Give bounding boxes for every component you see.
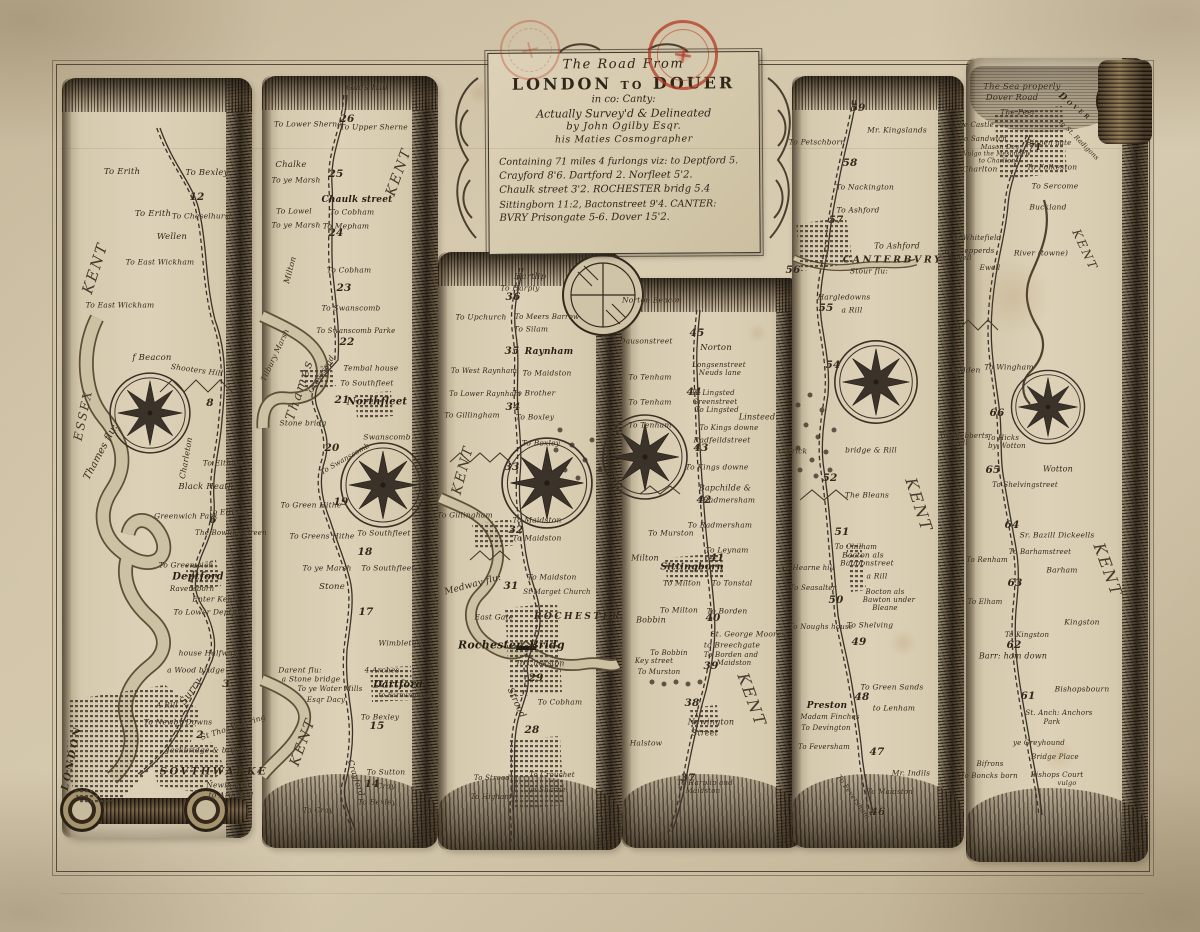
strip-top-roll xyxy=(792,76,964,110)
route-strip-5 xyxy=(792,76,964,848)
strip-rolled-edge xyxy=(226,78,252,838)
route-strip-2 xyxy=(262,76,438,848)
stamp-crest-icon xyxy=(674,46,692,64)
strip-rolled-edge xyxy=(596,252,622,850)
strip-rolled-edge xyxy=(1122,58,1148,862)
strip-top-roll xyxy=(62,78,252,112)
strip-left-edge xyxy=(966,58,975,862)
strip-top-roll xyxy=(262,76,438,110)
route-strip-6 xyxy=(966,58,1148,862)
cartouche-line: by John Ogilby Esqr. xyxy=(566,121,681,135)
cartouche-line: in co: Canty: xyxy=(592,94,656,107)
cartouche-text: The Road FromLONDON to DOUERin co: Canty… xyxy=(494,56,753,250)
cartouche-line: Crayford 8'6. Dartford 2. Norfleet 5'2. xyxy=(495,168,693,184)
plate-number: 18 xyxy=(1124,840,1139,854)
strip-rolled-edge xyxy=(938,76,964,848)
cartouche-line: Actually Survey'd & Delineated xyxy=(536,106,711,121)
paper-crease xyxy=(60,893,1144,894)
strip-top-roll xyxy=(622,278,802,312)
strip-left-edge xyxy=(438,252,447,850)
cartouche-line: Chaulk street 3'2. ROCHESTER bridg 5.4 xyxy=(495,183,710,199)
route-strip-1 xyxy=(62,78,252,838)
ogilby-strip-map-plate: The Road FromLONDON to DOUERin co: Canty… xyxy=(0,0,1200,932)
strip-left-edge xyxy=(622,278,631,848)
strip-left-edge xyxy=(262,76,271,848)
scroll-end-icon xyxy=(60,788,104,832)
strip-ground-shading xyxy=(622,774,802,848)
strip-top-roll xyxy=(438,252,622,286)
strip-ground-shading xyxy=(966,788,1148,862)
title-cartouche: The Road FromLONDON to DOUERin co: Canty… xyxy=(487,51,760,255)
paper-crease xyxy=(60,148,1144,149)
route-strip-3 xyxy=(438,252,622,850)
strip-ground-shading xyxy=(438,776,622,850)
strip-rolled-edge xyxy=(412,76,438,848)
strip-left-edge xyxy=(62,78,71,838)
cartouche-line: his Maties Cosmographer xyxy=(555,133,693,146)
cartouche-line: BVRY Prisongate 5-6. Dover 15'2. xyxy=(495,211,669,227)
route-strip-4 xyxy=(622,278,802,848)
scroll-end-icon xyxy=(184,788,228,832)
strip-top-scroll xyxy=(1098,60,1152,144)
cartouche-line: Sittingborn 11:2, Bactonstreet 9'4. CANT… xyxy=(495,197,716,212)
cartouche-line: Containing 71 miles 4 furlongs viz: to D… xyxy=(495,154,738,169)
strip-left-edge xyxy=(792,76,801,848)
